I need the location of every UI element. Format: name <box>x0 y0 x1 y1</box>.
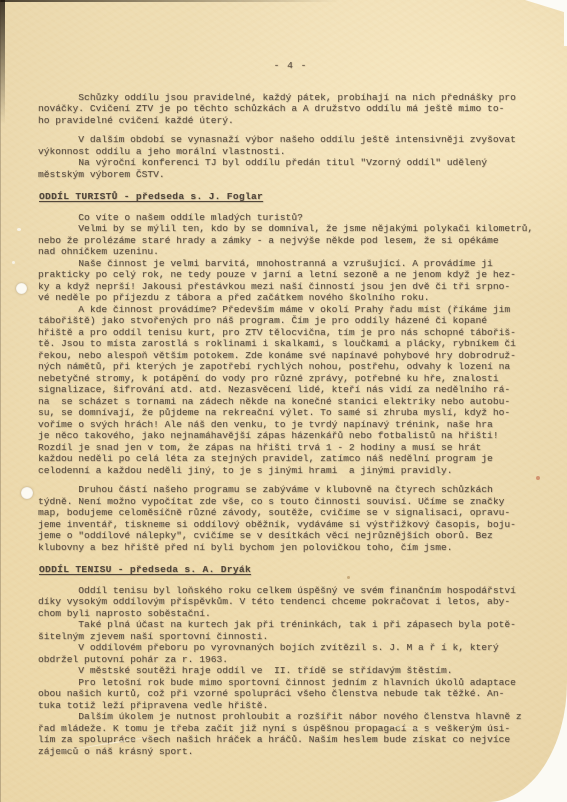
text-line: nebo že prolézáme staré hrady a zámky - … <box>38 235 543 247</box>
section-heading: ODDÍL TENISU - předseda s. A. Dryák <box>39 564 543 576</box>
text-line: Pro letošní rok bude mimo sportovní činn… <box>38 677 543 689</box>
text-line: zájemců o náš krásný sport. <box>38 746 543 758</box>
text-line: Na výroční konferenci TJ byl oddílu před… <box>38 157 543 169</box>
text-line: tuka totiž leží připravena vedle hřiště. <box>38 700 543 712</box>
paper-speck <box>536 476 540 480</box>
paragraph: Co víte o našem oddíle mladých turistů? <box>38 212 543 224</box>
text-line: Schůzky oddílu jsou pravidelné, každý pá… <box>38 92 543 104</box>
page-number: - 4 - <box>38 60 543 72</box>
paper-speck <box>12 261 15 264</box>
paragraph: Na výroční konferenci TJ byl oddílu před… <box>38 157 543 180</box>
text-line: celodenní a každou neděli jiný, to je s … <box>38 465 543 477</box>
text-line: nebetyčné stromy, k potápění do vody pro… <box>38 373 543 385</box>
text-line: klubovny a bez hřiště před ní byli bycho… <box>38 542 543 554</box>
text-line: V městské soutěži hraje oddíl ve II. tří… <box>38 665 543 677</box>
text-line: Také plná účast na kurtech jak při tréni… <box>38 619 543 631</box>
scan-background-corner <box>525 0 567 13</box>
text-line: šitelným zjevem naší sportovní činnosti. <box>38 631 543 643</box>
paper-speck <box>17 228 21 231</box>
paragraph: A kde činnost provádíme? Především máme … <box>38 304 543 477</box>
text-line: su, se domnívají, že půjdeme na rekreačn… <box>38 407 543 419</box>
text-line: řad mládeže. K tomu je třeba začít již n… <box>38 723 543 735</box>
paragraph: Velmi by se mýlil ten, kdo by se domníva… <box>38 223 543 258</box>
text-line: jeme inventář, tiskneme si oddílový oběž… <box>38 519 543 531</box>
paragraph: V dalším období se vynasnaží výbor našeh… <box>38 134 543 157</box>
paragraph: Oddíl tenisu byl loňského roku celkem ús… <box>38 585 543 620</box>
text-line: díky vysokým oddílovým příspěvkům. V tét… <box>38 596 543 608</box>
text-line: V dalším období se vynasnaží výbor našeh… <box>38 134 543 146</box>
scan-edge-line-left <box>0 0 1 802</box>
paragraph: Schůzky oddílu jsou pravidelné, každý pá… <box>38 92 543 127</box>
text-line: voříme o svých hrách! Ale náš den venku,… <box>38 419 543 431</box>
text-line: na se scházet s tornami na zádech někde … <box>38 396 543 408</box>
text-line: hřiště a pro oddíl tenisu kurt, pro ZTV … <box>38 327 543 339</box>
punch-hole-top <box>16 283 27 294</box>
text-line: V oddílovém přeboru po vyrovnaných bojíc… <box>38 642 543 654</box>
text-line: prakticky po celý rok, ne tedy pouze v j… <box>38 269 543 281</box>
text-line: ných námětů, při kterých je zapotřebí ry… <box>38 361 543 373</box>
paragraph: Naše činnost je velmi barvitá, mnohostra… <box>38 258 543 304</box>
text-line: městským výborem ČSTV. <box>38 169 543 181</box>
punch-hole-bottom <box>21 487 33 499</box>
text-line: každou neděli po celá léta za stejných p… <box>38 453 543 465</box>
text-line: je něco takového, jako nejnamáhavější zá… <box>38 430 543 442</box>
text-line: Naše činnost je velmi barvitá, mnohostra… <box>38 258 543 270</box>
text-line: signalizace, šifrování atd. atd. Nezasvě… <box>38 384 543 396</box>
text-line: jeme o "oddílové nálepky", cvičíme se v … <box>38 530 543 542</box>
text-line: tě. Jsou to místa zarostlá s roklinami i… <box>38 338 543 350</box>
text-line: ky a když neprší! Jakousi přestávkou mez… <box>38 281 543 293</box>
text-line: řekou, nebo alespoň větším potokem. Zde … <box>38 350 543 362</box>
section-heading: ODDÍL TURISTŮ - předseda s. J. Foglar <box>39 191 543 203</box>
document-page: - 4 - Schůzky oddílu jsou pravidelné, ka… <box>0 0 567 802</box>
text-line: obou našich kurtů, což při vzorné spolup… <box>38 688 543 700</box>
paragraph: V městské soutěži hraje oddíl ve II. tří… <box>38 665 543 677</box>
text-line: chom byli naprosto soběstační. <box>38 608 543 620</box>
text-line: Rozdíl je snad jen v tom, že zápas na hř… <box>38 442 543 454</box>
text-line: Dalším úkolem je nutnost prohloubit a ro… <box>38 711 543 723</box>
text-line: A kde činnost provádíme? Především máme … <box>38 304 543 316</box>
text-line: nad ohníčkem uzeninu. <box>38 246 543 258</box>
paragraph: V oddílovém přeboru po vyrovnaných bojíc… <box>38 642 543 665</box>
text-line: týdně. Není možno vypočítat zde vše, co … <box>38 496 543 508</box>
text-line: obdržel putovní pohár za r. 1963. <box>38 654 543 666</box>
text-line: ho pravidelné cvičení každé úterý. <box>38 115 543 127</box>
text-line: lím za spolupráce všech našich hráček a … <box>38 734 543 746</box>
text-line: Co víte o našem oddíle mladých turistů? <box>38 212 543 224</box>
text-line: vé neděle po příjezdu z tábora a před za… <box>38 292 543 304</box>
text-line: tábořiště) jako stvořených pro náš progr… <box>38 315 543 327</box>
text-line: map, bodujeme celoměsíčně různé závody, … <box>38 507 543 519</box>
paragraph: Pro letošní rok bude mimo sportovní činn… <box>38 677 543 758</box>
document-content: - 4 - Schůzky oddílu jsou pravidelné, ka… <box>38 60 543 757</box>
paragraph: Také plná účast na kurtech jak při tréni… <box>38 619 543 642</box>
text-line: nováčky. Cvičení ZTV je po těchto schůzk… <box>38 103 543 115</box>
text-line: výkonnost oddílu a jeho morální vlastnos… <box>38 146 543 158</box>
text-line: Oddíl tenisu byl loňského roku celkem ús… <box>38 585 543 597</box>
scan-edge-shadow-top <box>0 0 340 2</box>
text-line: Velmi by se mýlil ten, kdo by se domníva… <box>38 223 543 235</box>
paper-speck <box>347 576 350 579</box>
paragraph: Druhou částí našeho programu se zabýváme… <box>38 484 543 553</box>
text-line: Druhou částí našeho programu se zabýváme… <box>38 484 543 496</box>
